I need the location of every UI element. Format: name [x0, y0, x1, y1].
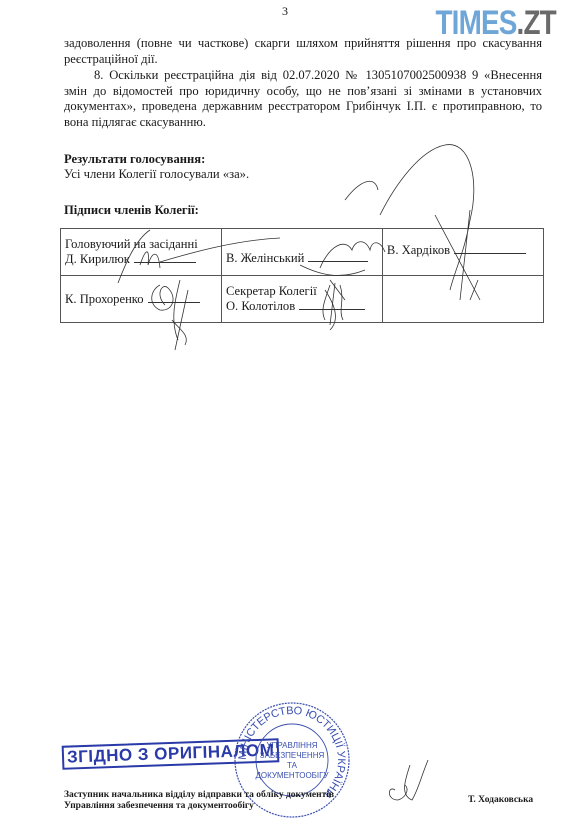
signatures-heading: Підписи членів Колегії: — [64, 203, 199, 218]
footer-signer: Т. Ходаковська — [468, 795, 533, 805]
signature-line — [454, 253, 526, 254]
role-label: Головуючий на засіданні — [65, 237, 217, 252]
table-row: К. Прохоренко Секретар Колегії О. Колоті… — [61, 276, 544, 323]
voting-text: Усі члени Колегії голосували «за». — [64, 167, 249, 182]
signature-khodakovska-icon — [389, 760, 428, 800]
role-label: Секретар Колегії — [226, 284, 378, 299]
svg-text:ЗАБЕЗПЕЧЕННЯ: ЗАБЕЗПЕЧЕННЯ — [260, 751, 325, 760]
signature-line — [148, 302, 200, 303]
signature-cell: Головуючий на засіданні Д. Кирилюк — [61, 229, 222, 276]
signature-line — [134, 262, 196, 263]
signature-line — [299, 309, 365, 310]
signature-cell: Секретар Колегії О. Колотілов — [221, 276, 382, 323]
svg-text:УПРАВЛІННЯ: УПРАВЛІННЯ — [266, 741, 317, 750]
member-name: В. Желінський — [226, 251, 304, 265]
times-zt-logo[interactable]: TIMES.ZT — [436, 8, 556, 38]
voting-heading: Результати голосування: — [64, 152, 205, 167]
signature-cell: В. Желінський — [221, 229, 382, 276]
signatures-table: Головуючий на засіданні Д. Кирилюк В. Же… — [60, 228, 544, 323]
signature-cell: К. Прохоренко — [61, 276, 222, 323]
paragraph-8: 8. Оскільки реєстраційна дія від 02.07.2… — [64, 68, 542, 130]
paragraph-8-text: 8. Оскільки реєстраційна дія від 02.07.2… — [64, 68, 542, 129]
footer-line-2: Управління забезпечення та документообіг… — [64, 801, 334, 812]
table-row: Головуючий на засіданні Д. Кирилюк В. Же… — [61, 229, 544, 276]
footer-line-1: Заступник начальника відділу відправки т… — [64, 790, 334, 801]
svg-text:ДОКУМЕНТООБІГУ: ДОКУМЕНТООБІГУ — [255, 771, 329, 780]
member-name: О. Колотілов — [226, 299, 295, 313]
paragraph-7-continued: задоволення (повне чи часткове) скарги ш… — [64, 36, 542, 67]
signature-cell-empty — [382, 276, 543, 323]
svg-text:ТА: ТА — [287, 761, 298, 770]
member-name: К. Прохоренко — [65, 292, 144, 306]
signature-line — [308, 261, 368, 262]
footer-position: Заступник начальника відділу відправки т… — [64, 790, 334, 812]
member-name: В. Хардіков — [387, 243, 450, 257]
member-name: Д. Кирилюк — [65, 252, 130, 266]
signature-cell: В. Хардіков — [382, 229, 543, 276]
